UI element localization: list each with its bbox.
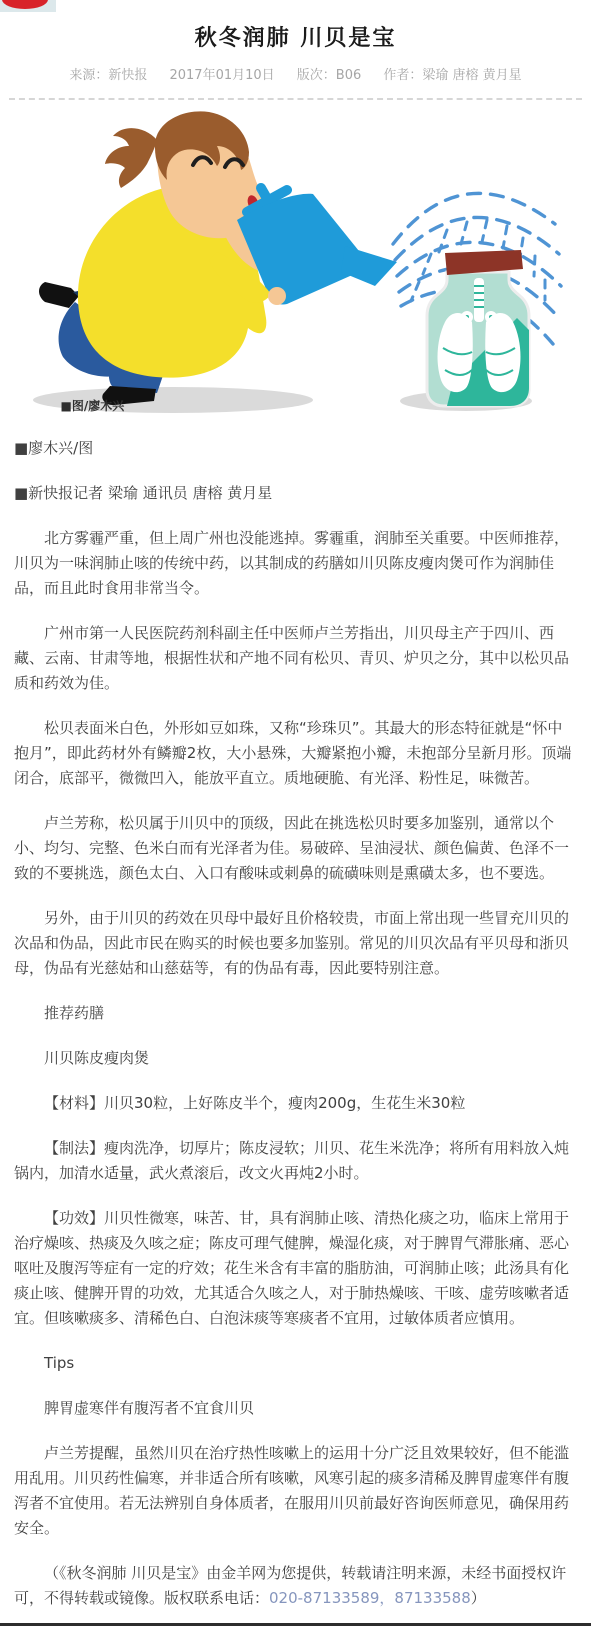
body-paragraph: 另外，由于川贝的药效在贝母中最好且价格较贵，市面上常出现一些冒充川贝的次品和伪品…: [14, 906, 577, 981]
recipe-materials: 【材料】川贝30粒，上好陈皮半个，瘦肉200g，生花生米30粒: [14, 1091, 577, 1116]
woman-figure: [39, 111, 269, 405]
body-paragraph: 卢兰芳称，松贝属于川贝中的顶级，因此在挑选松贝时要多加鉴别，通常以个小、均匀、完…: [14, 811, 577, 886]
corner-red-badge[interactable]: [0, 0, 56, 12]
red-dot-icon: [2, 0, 48, 9]
dashed-divider: [9, 98, 582, 100]
article-page: 秋冬润肺 川贝是宝 来源：新快报 2017年01月10日 版次：B06 作者：梁…: [0, 0, 591, 1632]
meta-date: 2017年01月10日: [169, 68, 274, 83]
recipe-method: 【制法】瘦肉洗净，切厚片；陈皮浸软；川贝、花生米洗净；将所有用料放入炖锅内，加清…: [14, 1136, 577, 1186]
recipe-effects: 【功效】川贝性微寒，味苦、甘，具有润肺止咳、清热化痰之功，临床上常用于治疗燥咳、…: [14, 1206, 577, 1331]
copyright-phone: 020-87133589，87133588: [269, 1589, 471, 1607]
photo-credit-line: ■廖木兴/图: [14, 436, 577, 461]
lungs-jar: [427, 250, 529, 406]
article-body: ■廖木兴/图 ■新快报记者 梁瑜 通讯员 唐榕 黄月星 北方雾霾严重，但上周广州…: [0, 436, 591, 1611]
tips-subtitle: 脾胃虚寒伴有腹泻者不宜食川贝: [14, 1396, 577, 1421]
tips-label: Tips: [14, 1351, 577, 1376]
body-paragraph: 广州市第一人民医院药剂科副主任中医师卢兰芳指出，川贝母主产于四川、西藏、云南、甘…: [14, 621, 577, 696]
page-title: 秋冬润肺 川贝是宝: [0, 21, 591, 52]
photo-caption: ■图/廖木兴: [61, 397, 125, 414]
copyright-note: （《秋冬润肺 川贝是宝》由金羊网为您提供，转载请注明来源，未经书面授权许可，不得…: [14, 1561, 577, 1611]
meta-source: 来源：新快报: [69, 68, 147, 83]
reporter-byline: ■新快报记者 梁瑜 通讯员 唐榕 黄月星: [14, 481, 577, 506]
tips-body: 卢兰芳提醒，虽然川贝在治疗热性咳嗽上的运用十分广泛且效果较好，但不能滥用乱用。川…: [14, 1441, 577, 1541]
copyright-close: ）: [471, 1589, 486, 1607]
article-header: 秋冬润肺 川贝是宝 来源：新快报 2017年01月10日 版次：B06 作者：梁…: [0, 0, 591, 100]
meta-authors: 作者：梁瑜 唐榕 黄月星: [383, 68, 521, 83]
article-illustration: ■图/廖木兴: [15, 104, 577, 416]
meta-edition: 版次：B06: [297, 68, 361, 83]
body-paragraph: 北方雾霾严重，但上周广州也没能逃掉。雾霾重，润肺至关重要。中医师推荐，川贝为一味…: [14, 526, 577, 601]
body-paragraph: 松贝表面米白色，外形如豆如珠，又称“珍珠贝”。其最大的形态特征就是“怀中抱月”，…: [14, 716, 577, 791]
recipe-name: 川贝陈皮瘦肉煲: [14, 1046, 577, 1071]
section-title-recipe: 推荐药膳: [14, 1001, 577, 1026]
illustration-svg: [15, 104, 577, 416]
article-meta: 来源：新快报 2017年01月10日 版次：B06 作者：梁瑜 唐榕 黄月星: [0, 64, 591, 83]
bottom-gap: [0, 1626, 591, 1632]
